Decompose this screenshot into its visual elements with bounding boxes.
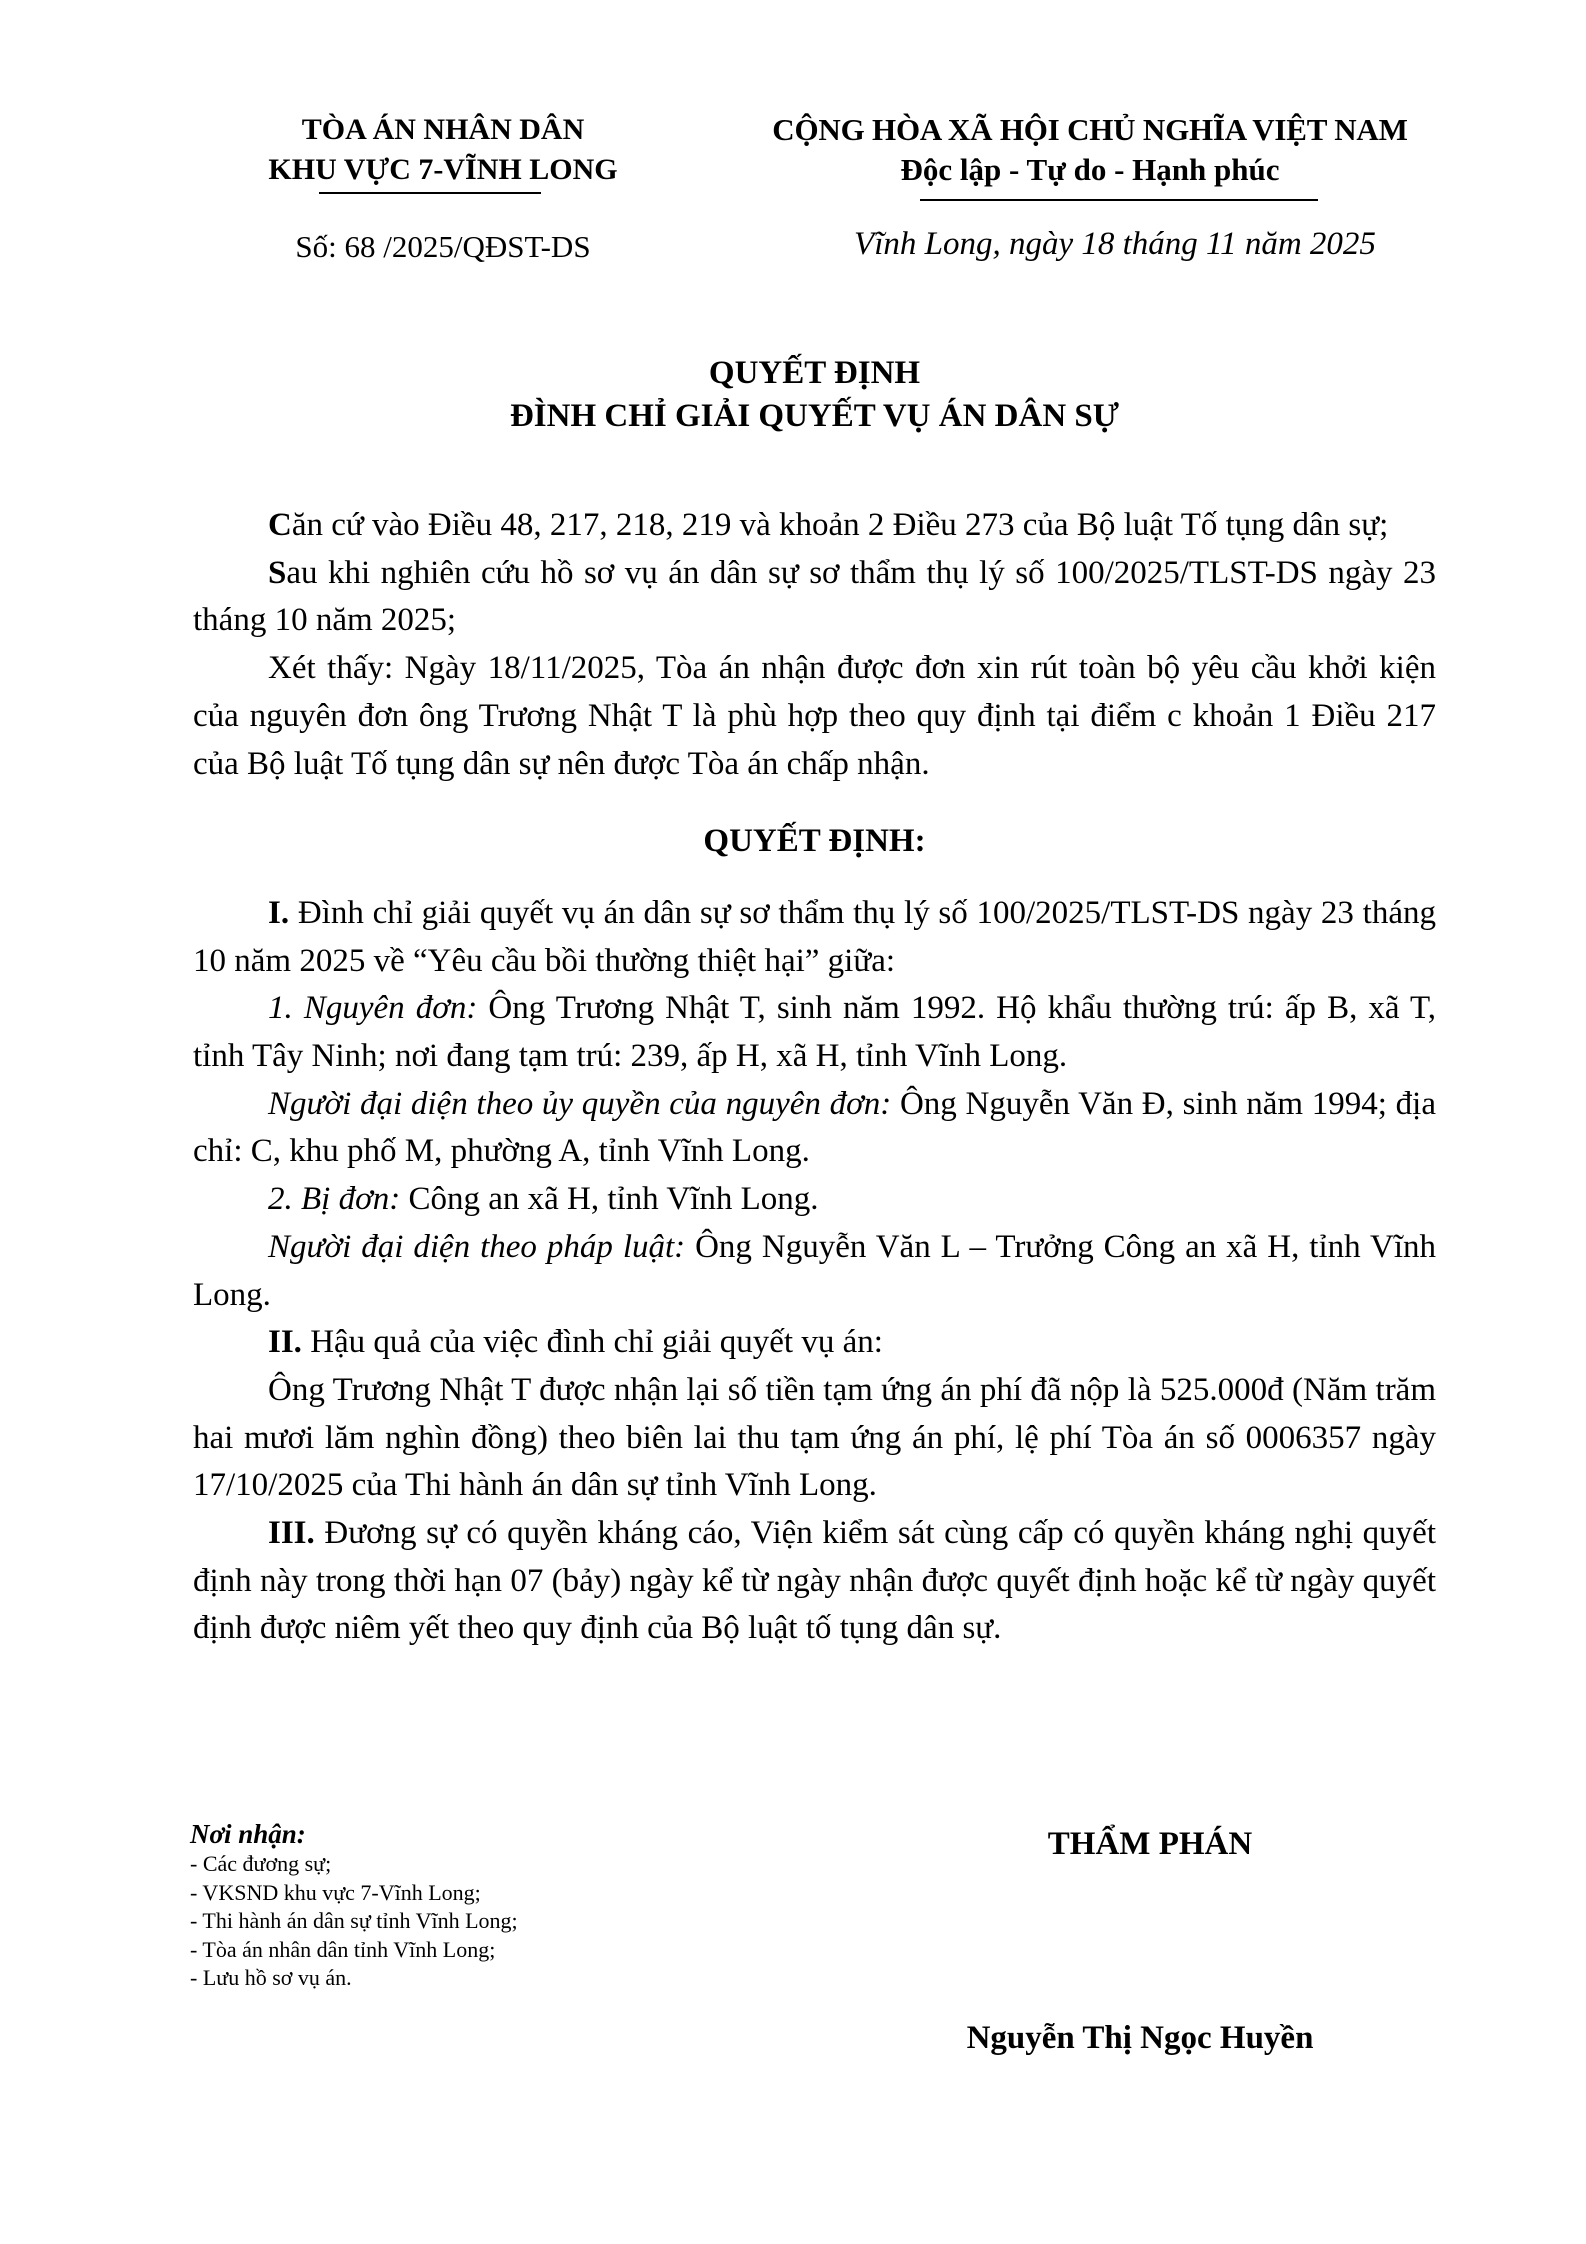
recipient-item: - Lưu hồ sơ vụ án. bbox=[190, 1964, 810, 1993]
signer-role: THẨM PHÁN bbox=[860, 1822, 1420, 1866]
section-2-detail: Ông Trương Nhật T được nhận lại số tiền … bbox=[193, 1367, 1436, 1510]
court-header: TÒA ÁN NHÂN DÂN KHU VỰC 7-VĨNH LONG Số: … bbox=[193, 110, 693, 267]
preamble-paragraph: Căn cứ vào Điều 48, 217, 218, 219 và kho… bbox=[193, 502, 1436, 550]
document-title: QUYẾT ĐỊNH ĐÌNH CHỈ GIẢI QUYẾT VỤ ÁN DÂN… bbox=[193, 352, 1436, 438]
defendant-representative: Người đại diện theo pháp luật: Ông Nguyễ… bbox=[193, 1224, 1436, 1319]
national-motto: Độc lập - Tự do - Hạnh phúc bbox=[720, 150, 1460, 190]
recipients-list: - Các đương sự; - VKSND khu vực 7-Vĩnh L… bbox=[190, 1850, 810, 1993]
paragraph-text: Đình chỉ giải quyết vụ án dân sự sơ thẩm… bbox=[193, 895, 1436, 979]
national-title: CỘNG HÒA XÃ HỘI CHỦ NGHĨA VIỆT NAM bbox=[720, 110, 1460, 150]
section-2: II. Hậu quả của việc đình chỉ giải quyết… bbox=[193, 1319, 1436, 1367]
field-label: 2. Bị đơn: bbox=[268, 1181, 400, 1217]
recipients-block: Nơi nhận: - Các đương sự; - VKSND khu vự… bbox=[190, 1818, 810, 1993]
recipient-item: - Thi hành án dân sự tỉnh Vĩnh Long; bbox=[190, 1907, 810, 1936]
signer-name: Nguyễn Thị Ngọc Huyền bbox=[860, 2016, 1420, 2060]
section-3: III. Đương sự có quyền kháng cáo, Viện k… bbox=[193, 1510, 1436, 1653]
national-header: CỘNG HÒA XÃ HỘI CHỦ NGHĨA VIỆT NAM Độc l… bbox=[720, 110, 1460, 264]
paragraph-text: Hậu quả của việc đình chỉ giải quyết vụ … bbox=[302, 1324, 883, 1360]
section-1: I. Đình chỉ giải quyết vụ án dân sự sơ t… bbox=[193, 890, 1436, 985]
document-body: Căn cứ vào Điều 48, 217, 218, 219 và kho… bbox=[193, 502, 1436, 1653]
recipients-title: Nơi nhận: bbox=[190, 1818, 810, 1850]
paragraph-text: au khi nghiên cứu hồ sơ vụ án dân sự sơ … bbox=[193, 555, 1436, 639]
field-value: Công an xã H, tỉnh Vĩnh Long. bbox=[400, 1181, 818, 1217]
field-label: Người đại diện theo pháp luật: bbox=[268, 1229, 685, 1265]
court-name: TÒA ÁN NHÂN DÂN bbox=[193, 110, 693, 150]
title-line-1: QUYẾT ĐỊNH bbox=[193, 352, 1436, 395]
section-label: I. bbox=[268, 895, 289, 931]
field-label: 1. Nguyên đơn: bbox=[268, 990, 477, 1026]
title-line-2: ĐÌNH CHỈ GIẢI QUYẾT VỤ ÁN DÂN SỰ bbox=[193, 395, 1436, 438]
signature-block: THẨM PHÁN Nguyễn Thị Ngọc Huyền bbox=[860, 1822, 1420, 2060]
defendant: 2. Bị đơn: Công an xã H, tỉnh Vĩnh Long. bbox=[193, 1176, 1436, 1224]
preamble-paragraph: Xét thấy: Ngày 18/11/2025, Tòa án nhận đ… bbox=[193, 645, 1436, 788]
recipient-item: - VKSND khu vực 7-Vĩnh Long; bbox=[190, 1879, 810, 1908]
paragraph-text: Xét thấy: Ngày 18/11/2025, Tòa án nhận đ… bbox=[193, 650, 1436, 781]
drop-letter: C bbox=[268, 507, 292, 543]
plaintiff: 1. Nguyên đơn: Ông Trương Nhật T, sinh n… bbox=[193, 985, 1436, 1080]
court-header-underline bbox=[319, 192, 541, 194]
preamble-paragraph: Sau khi nghiên cứu hồ sơ vụ án dân sự sơ… bbox=[193, 550, 1436, 645]
section-label: II. bbox=[268, 1324, 302, 1360]
court-region: KHU VỰC 7-VĨNH LONG bbox=[193, 150, 693, 190]
recipient-item: - Tòa án nhân dân tỉnh Vĩnh Long; bbox=[190, 1936, 810, 1965]
paragraph-text: Đương sự có quyền kháng cáo, Viện kiểm s… bbox=[193, 1515, 1436, 1646]
field-label: Người đại diện theo ủy quyền của nguyên … bbox=[268, 1086, 891, 1122]
paragraph-text: ăn cứ vào Điều 48, 217, 218, 219 và khoả… bbox=[292, 507, 1388, 543]
drop-letter: S bbox=[268, 555, 286, 591]
issue-date: Vĩnh Long, ngày 18 tháng 11 năm 2025 bbox=[720, 224, 1460, 264]
national-motto-underline bbox=[920, 199, 1318, 201]
plaintiff-representative: Người đại diện theo ủy quyền của nguyên … bbox=[193, 1081, 1436, 1176]
decision-heading: QUYẾT ĐỊNH: bbox=[193, 818, 1436, 866]
section-label: III. bbox=[268, 1515, 315, 1551]
decision-number: Số: 68 /2025/QĐST-DS bbox=[193, 227, 693, 267]
recipient-item: - Các đương sự; bbox=[190, 1850, 810, 1879]
